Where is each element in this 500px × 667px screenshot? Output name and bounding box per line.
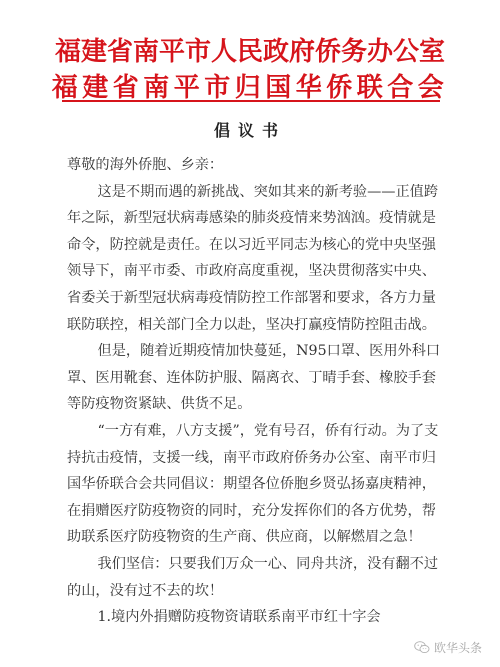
paragraph: 这是不期而遇的新挑战、突如其来的新考验——正值跨年之际，新型冠状病毒感染的肺炎疫… [67, 179, 445, 339]
watermark: 欧华头条 [414, 639, 482, 656]
watermark-text: 欧华头条 [434, 639, 482, 656]
list-item: 1.境内外捐赠防疫物资请联系南平市红十字会 [67, 604, 445, 631]
salutation: 尊敬的海外侨胞、乡亲： [67, 152, 445, 179]
red-divider [62, 100, 440, 102]
paragraph: 我们坚信：只要我们万众一心、同舟共济，没有翻不过的山，没有过不去的坎！ [67, 551, 445, 604]
letterhead: 福建省南平市人民政府侨务办公室 福建省南平市归国华侨联合会 [0, 34, 500, 106]
document-body: 尊敬的海外侨胞、乡亲： 这是不期而遇的新挑战、突如其来的新考验——正值跨年之际，… [67, 152, 445, 631]
document-title: 倡议书 [0, 118, 500, 141]
paragraph: 但是，随着近期疫情加快蔓延，N95口罩、医用外科口罩、医用靴套、连体防护服、隔离… [67, 338, 445, 418]
letterhead-line-office: 福建省南平市人民政府侨务办公室 [0, 34, 500, 70]
paragraph: “一方有难，八方支援”，党有号召，侨有行动。为了支持抗击疫情，支援一线，南平市政… [67, 418, 445, 551]
wechat-icon [414, 641, 430, 654]
